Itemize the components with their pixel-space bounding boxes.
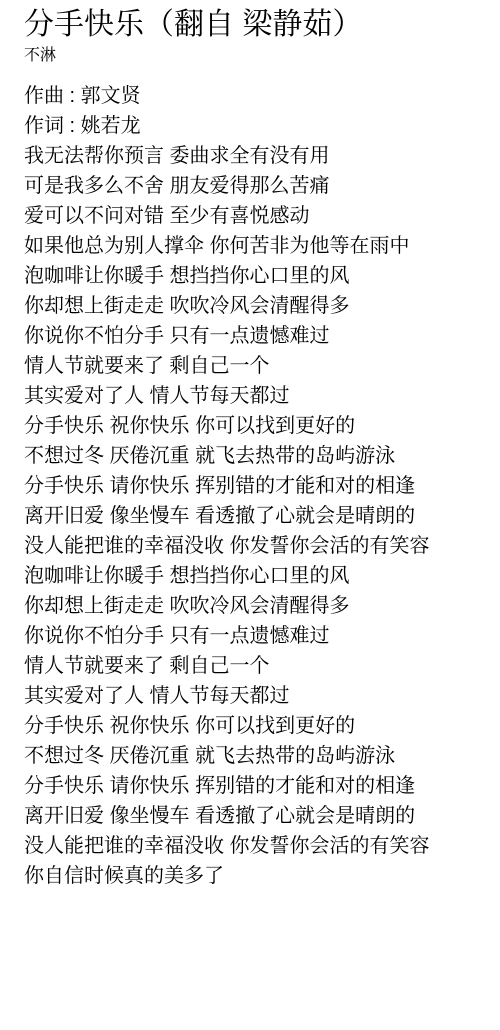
song-title: 分手快乐（翻自 梁静茹）	[24, 6, 476, 44]
lyric-line: 你却想上街走走 吹吹冷风会清醒得多	[24, 591, 476, 621]
lyric-line: 没人能把谁的幸福没收 你发誓你会活的有笑容	[24, 531, 476, 561]
lyric-line: 分手快乐 请你快乐 挥别错的才能和对的相逢	[24, 771, 476, 801]
lyric-line: 你却想上街走走 吹吹冷风会清醒得多	[24, 291, 476, 321]
lyric-line: 你说你不怕分手 只有一点遗憾难过	[24, 621, 476, 651]
lyric-line: 离开旧爱 像坐慢车 看透撤了心就会是晴朗的	[24, 501, 476, 531]
lyric-line: 你说你不怕分手 只有一点遗憾难过	[24, 321, 476, 351]
lyric-line: 分手快乐 请你快乐 挥别错的才能和对的相逢	[24, 471, 476, 501]
lyrics-page: 分手快乐（翻自 梁静茹） 不淋 作曲 : 郭文贤 作词 : 姚若龙 我无法帮你预…	[0, 0, 500, 891]
lyric-line: 分手快乐 祝你快乐 你可以找到更好的	[24, 711, 476, 741]
lyric-line: 你自信时候真的美多了	[24, 861, 476, 891]
lyric-line: 不想过冬 厌倦沉重 就飞去热带的岛屿游泳	[24, 441, 476, 471]
lyric-line: 泡咖啡让你暖手 想挡挡你心口里的风	[24, 261, 476, 291]
lyric-line: 分手快乐 祝你快乐 你可以找到更好的	[24, 411, 476, 441]
lyric-line: 泡咖啡让你暖手 想挡挡你心口里的风	[24, 561, 476, 591]
lyric-line: 如果他总为别人撑伞 你何苦非为他等在雨中	[24, 231, 476, 261]
credit-composer: 作曲 : 郭文贤	[24, 81, 476, 111]
lyric-line: 不想过冬 厌倦沉重 就飞去热带的岛屿游泳	[24, 741, 476, 771]
lyric-line: 情人节就要来了 剩自己一个	[24, 351, 476, 381]
lyric-line: 其实爱对了人 情人节每天都过	[24, 681, 476, 711]
lyric-line: 可是我多么不舍 朋友爱得那么苦痛	[24, 171, 476, 201]
lyric-line: 没人能把谁的幸福没收 你发誓你会活的有笑容	[24, 831, 476, 861]
lyric-line: 离开旧爱 像坐慢车 看透撤了心就会是晴朗的	[24, 801, 476, 831]
artist-name: 不淋	[24, 46, 476, 66]
lyric-line: 爱可以不问对错 至少有喜悦感动	[24, 201, 476, 231]
credit-lyricist: 作词 : 姚若龙	[24, 111, 476, 141]
lyric-line: 其实爱对了人 情人节每天都过	[24, 381, 476, 411]
lyric-line: 我无法帮你预言 委曲求全有没有用	[24, 141, 476, 171]
lyrics-body: 作曲 : 郭文贤 作词 : 姚若龙 我无法帮你预言 委曲求全有没有用 可是我多么…	[24, 81, 476, 891]
lyric-line: 情人节就要来了 剩自己一个	[24, 651, 476, 681]
